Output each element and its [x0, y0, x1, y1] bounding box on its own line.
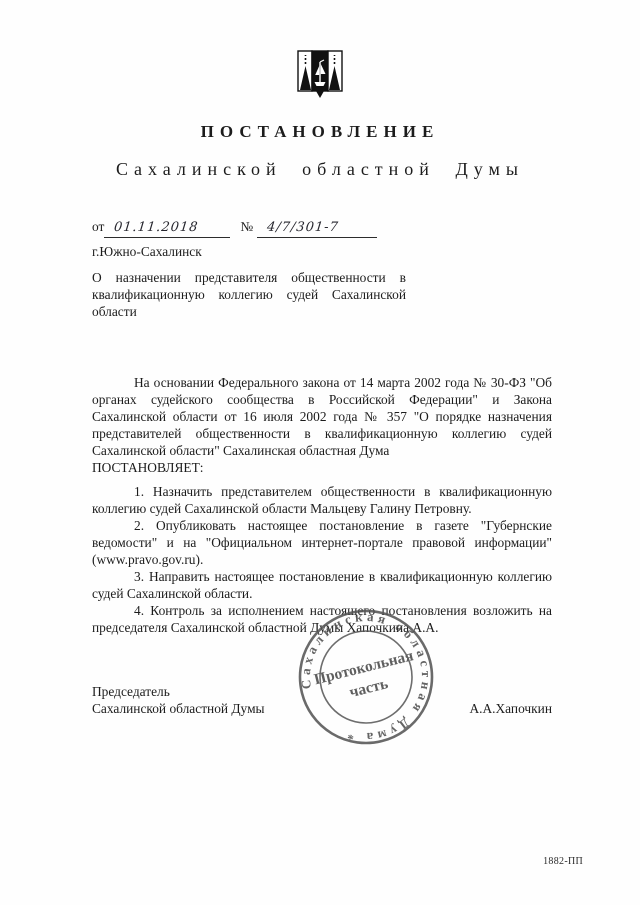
stamp-center-line2: часть [348, 675, 390, 701]
resolution-item-2: 2. Опубликовать настоящее постановление … [92, 517, 552, 568]
date-field: 01.11.2018 [104, 218, 230, 238]
subject-block: О назначении представителя общественност… [92, 269, 406, 320]
handwritten-number: 4/7/301-7 [266, 219, 340, 236]
document-subtitle: Сахалинской областной Думы [0, 159, 640, 180]
stamp-ring-text: Сахалинская областная Дума * [283, 594, 448, 759]
footer-document-code: 1882-ПП [543, 856, 583, 867]
document-title: ПОСТАНОВЛЕНИЕ [0, 122, 640, 142]
resolution-item-1: 1. Назначить представителем общественнос… [92, 483, 552, 517]
signer-position: Председатель Сахалинской областной Думы [92, 683, 265, 717]
handwritten-date: 01.11.2018 [113, 219, 199, 236]
svg-text:Сахалинская областная Дума *: Сахалинская областная Дума * [283, 594, 448, 759]
date-label: от [92, 219, 104, 234]
document-header: ПОСТАНОВЛЕНИЕ Сахалинской областной Думы [0, 0, 640, 180]
sakhalin-coat-of-arms-icon [297, 50, 343, 100]
city-line: г.Южно-Сахалинск [92, 243, 552, 260]
number-label: № [240, 219, 253, 234]
preamble-paragraph: На основании Федерального закона от 14 м… [92, 374, 552, 459]
signer-position-line1: Председатель [92, 683, 265, 700]
signer-position-line2: Сахалинской областной Думы [92, 700, 265, 717]
document-page: ПОСТАНОВЛЕНИЕ Сахалинской областной Думы… [0, 0, 640, 905]
number-field: 4/7/301-7 [257, 218, 377, 238]
resolve-word: ПОСТАНОВЛЯЕТ: [92, 459, 552, 476]
emblem-container [0, 50, 640, 100]
resolution-item-3: 3. Направить настоящее постановление в к… [92, 568, 552, 602]
signer-name: А.А.Хапочкин [469, 700, 552, 717]
date-number-row: от01.11.2018№4/7/301-7 [92, 218, 552, 238]
